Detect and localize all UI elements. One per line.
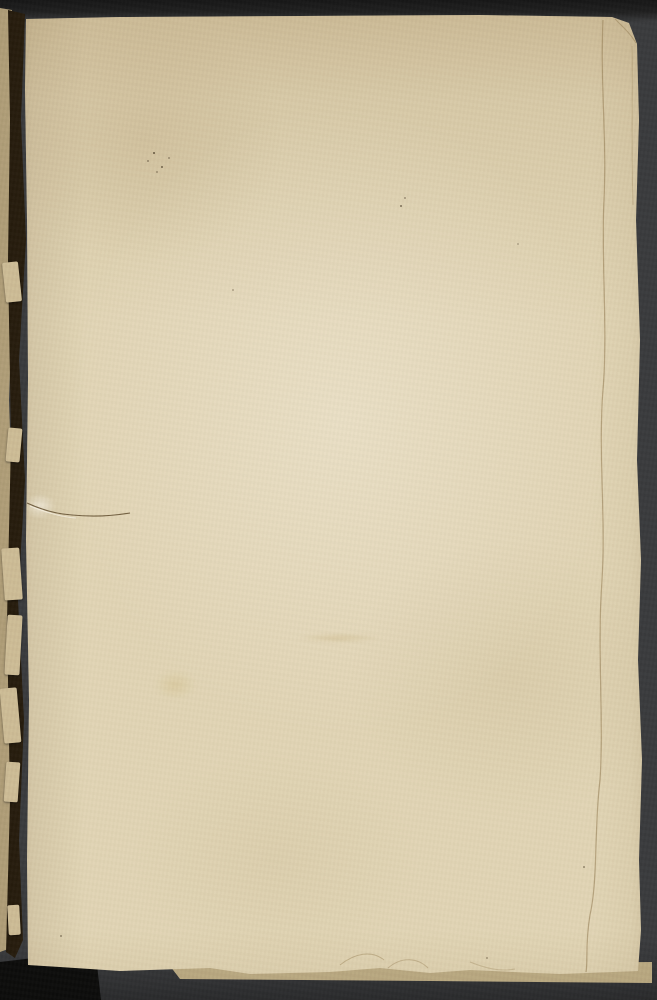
torn-paper-fragment bbox=[4, 615, 22, 676]
torn-paper-fragment bbox=[1, 547, 23, 600]
speck bbox=[156, 171, 158, 173]
torn-paper-fragment bbox=[7, 905, 21, 936]
book-page bbox=[0, 0, 657, 1000]
speck bbox=[153, 152, 155, 154]
torn-paper-fragment bbox=[6, 427, 23, 462]
speck bbox=[486, 957, 488, 959]
speck bbox=[404, 197, 406, 199]
torn-paper-fragment bbox=[0, 687, 21, 743]
scan-backdrop bbox=[0, 0, 657, 1000]
speck bbox=[583, 866, 585, 868]
speck bbox=[161, 166, 163, 168]
torn-paper-fragment bbox=[2, 261, 22, 302]
foxing-specks bbox=[0, 0, 657, 1000]
speck bbox=[147, 160, 149, 162]
torn-paper-fragment bbox=[4, 762, 21, 803]
speck bbox=[60, 935, 62, 937]
speck bbox=[400, 205, 402, 207]
speck bbox=[168, 157, 170, 159]
speck bbox=[517, 243, 519, 245]
speck bbox=[232, 289, 234, 291]
